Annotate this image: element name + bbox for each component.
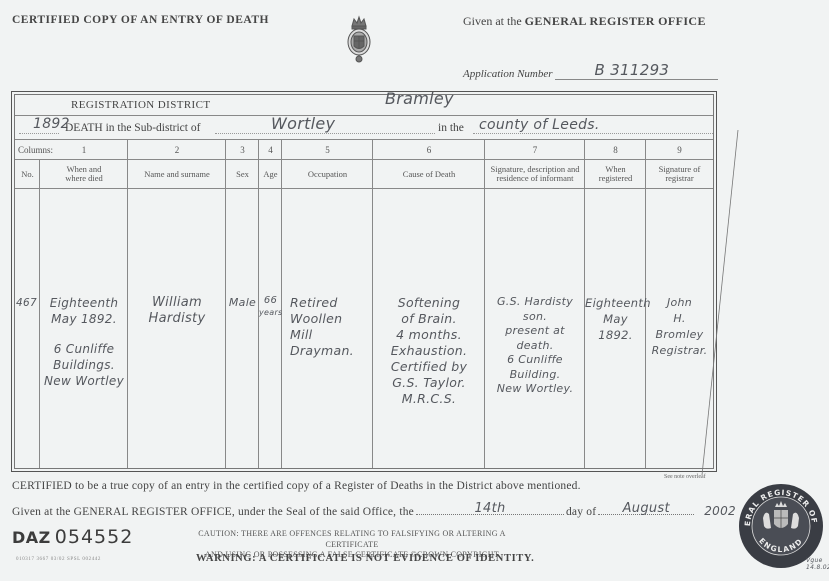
dotted-line [215, 133, 435, 134]
header-when-where-died: When and where died [40, 160, 128, 189]
caution-line: CAUTION: THERE ARE OFFENCES RELATING TO … [172, 529, 532, 550]
entry-where-line: New Wortley [40, 373, 128, 389]
register-grid: Columns: 1 2 3 4 5 6 7 8 9 No. When and … [15, 140, 713, 468]
entry-occupation-line: Drayman. [290, 343, 373, 359]
entry-age: 66 years [259, 295, 282, 319]
entry-when-registered: Eighteenth May 1892. [585, 295, 646, 343]
entry-occupation: Retired Woollen Mill Drayman. [282, 295, 373, 359]
county-value: county of Leeds. [479, 117, 600, 133]
entry-when-line: May 1892. [40, 311, 128, 327]
royal-crest-icon [346, 14, 372, 66]
entry-occupation-line: Mill [290, 327, 373, 343]
entry-when-where-died: Eighteenth May 1892. 6 Cunliffe Building… [40, 295, 128, 389]
entry-informant-line: present at [485, 324, 585, 339]
entry-cause-line: 4 months. [373, 327, 485, 343]
entry-where-line: 6 Cunliffe [40, 341, 128, 357]
initials-line: Vgue [806, 557, 829, 564]
entry-informant-line: 6 Cunliffe [485, 353, 585, 368]
header-age: Age [259, 160, 282, 189]
dotted-line [19, 133, 59, 134]
entry-name-line: William [128, 295, 226, 311]
day-field: 14th [416, 505, 564, 515]
entry-occupation-line: Woollen [290, 311, 373, 327]
entry-cause-line: Softening [373, 295, 485, 311]
dotted-line [473, 133, 713, 134]
entry-sex: Male [226, 295, 259, 311]
general-register-office-label: GENERAL REGISTER OFFICE [525, 14, 706, 28]
subdistrict-value: Wortley [271, 114, 335, 133]
entry-age-line: years [259, 307, 282, 319]
entry-cause-line: G.S. Taylor. [373, 375, 485, 391]
column-number-2: 2 [128, 140, 226, 160]
entry-cause-line: Certified by [373, 359, 485, 375]
day-of-label: day of [566, 506, 596, 518]
entry-name-line: Hardisty [128, 311, 226, 327]
column-number-5: 5 [282, 140, 373, 160]
column-number-1: 1 [40, 140, 128, 160]
given-at-prefix: Given at the [463, 14, 522, 28]
death-register-table: REGISTRATION DISTRICT Bramley 1892 DEATH… [11, 91, 717, 472]
entry-informant-line: death. [485, 339, 585, 354]
entry-registered-line: 1892. [585, 327, 646, 343]
initials-line: 14.8.02 [806, 564, 829, 571]
entry-informant-line: son. [485, 310, 585, 325]
entry-cause-line: M.R.C.S. [373, 391, 485, 407]
given-day: 14th [416, 501, 564, 516]
death-in-subdistrict-label: DEATH in the Sub-district of [65, 122, 200, 134]
entry-cause-line: Exhaustion. [373, 343, 485, 359]
given-month: August [598, 501, 694, 516]
header-no: No. [15, 160, 40, 189]
subdistrict-row: 1892 DEATH in the Sub-district of Wortle… [15, 116, 713, 140]
entry-informant-line: G.S. Hardisty [485, 295, 585, 310]
entry-number: 467 [15, 295, 40, 311]
registration-district-row: REGISTRATION DISTRICT Bramley [15, 95, 713, 116]
month-field: August [598, 505, 694, 515]
columns-number-row-start: Columns: 1 [15, 140, 128, 160]
given-under-seal-statement: Given at the GENERAL REGISTER OFFICE, un… [12, 504, 736, 518]
given-text: Given at the GENERAL REGISTER OFFICE, un… [12, 506, 414, 518]
serial-number: DAZ054552 [12, 526, 133, 548]
clerk-initials: Vgue 14.8.02 [806, 557, 829, 571]
certified-statement: CERTIFIED to be a true copy of an entry … [12, 480, 581, 492]
header-sex: Sex [226, 160, 259, 189]
column-number-3: 3 [226, 140, 259, 160]
entry-informant-line: New Wortley. [485, 382, 585, 397]
serial-digits: 054552 [55, 526, 134, 548]
serial-prefix: DAZ [12, 528, 51, 547]
in-the-label: in the [438, 122, 464, 134]
given-year: 2002 [704, 504, 736, 518]
entry-age-line: 66 [259, 295, 282, 307]
header-informant: Signature, description and residence of … [485, 160, 585, 189]
column-no [15, 160, 40, 468]
entry-occupation-line: Retired [290, 295, 373, 311]
column-number-8: 8 [585, 140, 646, 160]
entry-registered-line: Eighteenth [585, 295, 646, 311]
header-when-registered: When registered [585, 160, 646, 189]
application-number-label: Application Number [463, 68, 553, 80]
header-name-surname: Name and surname [128, 160, 226, 189]
given-at-heading: Given at the GENERAL REGISTER OFFICE [463, 14, 706, 29]
entry-informant: G.S. Hardisty son. present at death. 6 C… [485, 295, 585, 397]
application-number-field: Application Number B 311293 [463, 66, 718, 80]
see-note-overleaf: See note overleaf [664, 474, 706, 480]
header-cause-of-death: Cause of Death [373, 160, 485, 189]
entry-when-line: Eighteenth [40, 295, 128, 311]
certificate-title: CERTIFIED COPY OF AN ENTRY OF DEATH [12, 14, 269, 26]
registration-district-value: Bramley [385, 89, 454, 108]
cancellation-slash [700, 130, 740, 475]
entry-where-line: Buildings. [40, 357, 128, 373]
entry-cause-of-death: Softening of Brain. 4 months. Exhaustion… [373, 295, 485, 407]
entry-registered-line: May [585, 311, 646, 327]
column-number-6: 6 [373, 140, 485, 160]
column-number-7: 7 [485, 140, 585, 160]
registration-district-label: REGISTRATION DISTRICT [71, 99, 210, 111]
entry-cause-line: of Brain. [373, 311, 485, 327]
entry-informant-line: Building. [485, 368, 585, 383]
application-number-value: B 311293 [595, 61, 670, 79]
column-number-4: 4 [259, 140, 282, 160]
header-occupation: Occupation [282, 160, 373, 189]
entry-name-surname: William Hardisty [128, 295, 226, 327]
print-code: 010317 3667 03/02 SPSL 002442 [16, 557, 101, 562]
identity-warning: WARNING: A CERTIFICATE IS NOT EVIDENCE O… [196, 553, 534, 564]
